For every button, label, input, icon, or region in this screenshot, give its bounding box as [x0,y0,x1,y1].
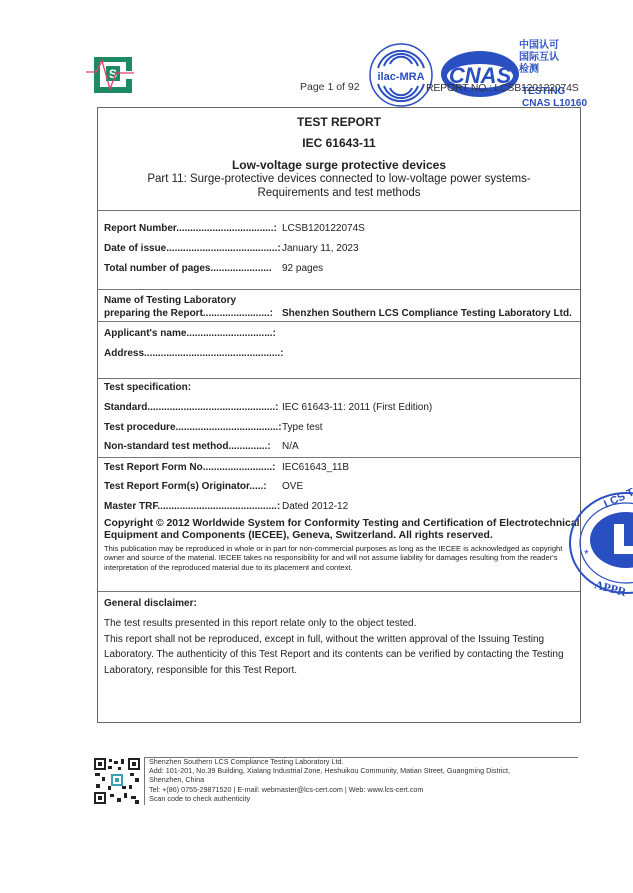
report-subtitle: Part 11: Surge-protective devices connec… [98,172,580,200]
qr-code[interactable] [94,758,140,804]
svg-text:APPR: APPR [593,577,628,598]
copyright-body: This publication may be reproduced in wh… [104,544,570,572]
subtitle-line-2: Requirements and test methods [98,186,580,200]
divider [98,378,580,379]
ilac-mra-logo: ilac-MRA [368,42,434,108]
cn-line-2: 国际互认 [519,52,559,64]
svg-text:LCS TESTING: LCS TESTING [602,488,633,511]
footer-info: Shenzhen Southern LCS Compliance Testing… [149,757,579,803]
divider [98,457,580,458]
test-procedure-label: Test procedure..........................… [104,422,282,433]
svg-text:*: * [584,547,589,561]
test-spec-heading: Test specification: [104,382,191,393]
footer-separator [144,757,145,805]
footer-address-line1: Add: 101-201, No.39 Building, Xialang In… [149,766,579,775]
divider [98,321,580,322]
lcs-testing-approval-stamp: LCS TESTING * APPR [566,488,633,598]
cnas-chinese-text: 中国认可 国际互认 检测 [519,40,559,76]
footer-contact: Tel: +(86) 0755-29871520 | E-mail: webma… [149,785,579,794]
cn-line-3: 检测 [519,64,559,76]
report-standard: IEC 61643-11 [98,136,580,150]
master-trf-label: Master TRF..............................… [104,501,280,512]
date-of-issue-value: January 11, 2023 [282,243,359,254]
standard-value: IEC 61643-11: 2011 (First Edition) [282,402,432,413]
trf-no-label: Test Report Form No.....................… [104,462,276,473]
non-standard-method-label: Non-standard test method..............: [104,441,271,452]
total-pages-label: Total number of pages...................… [104,263,272,274]
disclaimer-line-2: This report shall not be reproduced, exc… [104,632,570,679]
cn-line-1: 中国认可 [519,40,559,52]
disclaimer-heading: General disclaimer: [104,598,197,609]
subtitle-line-1: Part 11: Surge-protective devices connec… [98,172,580,186]
report-number-value: LCSB120122074S [282,223,365,234]
page-number: Page 1 of 92 [300,81,360,93]
footer-company: Shenzhen Southern LCS Compliance Testing… [149,757,579,766]
test-procedure-value: Type test [282,422,323,433]
applicant-name-label: Applicant's name........................… [104,328,276,339]
lcs-logo: S [86,55,134,95]
svg-text:ilac-MRA: ilac-MRA [377,71,424,83]
total-pages-value: 92 pages [282,263,323,274]
divider [98,289,580,290]
trf-originator-label: Test Report Form(s) Originator.....: [104,481,267,492]
divider [98,210,580,211]
master-trf-value: Dated 2012-12 [282,501,348,512]
report-title: TEST REPORT [98,115,580,129]
report-subject: Low-voltage surge protective devices [98,158,580,172]
footer-scan-note: Scan code to check authenticity [149,794,579,803]
lab-label-line2: preparing the Report....................… [104,308,273,319]
non-standard-method-value: N/A [282,441,299,452]
lab-name-value: Shenzhen Southern LCS Compliance Testing… [282,308,572,319]
address-label: Address.................................… [104,348,283,359]
report-cover-box: TEST REPORT IEC 61643-11 Low-voltage sur… [97,107,581,723]
report-number-label: Report Number...........................… [104,223,277,234]
disclaimer-line-1: The test results presented in this repor… [104,616,570,632]
trf-originator-value: OVE [282,481,303,492]
header-report-number: REPORT NO.: LCSB120122074S [426,82,579,94]
divider [98,591,580,592]
standard-label: Standard................................… [104,402,278,413]
lab-label-line1: Name of Testing Laboratory [104,295,236,306]
copyright-heading: Copyright © 2012 Worldwide System for Co… [104,518,584,542]
trf-no-value: IEC61643_11B [282,462,349,473]
disclaimer-text: The test results presented in this repor… [104,616,570,678]
date-of-issue-label: Date of issue...........................… [104,243,281,254]
footer-address-line2: Shenzhen, China [149,775,579,784]
